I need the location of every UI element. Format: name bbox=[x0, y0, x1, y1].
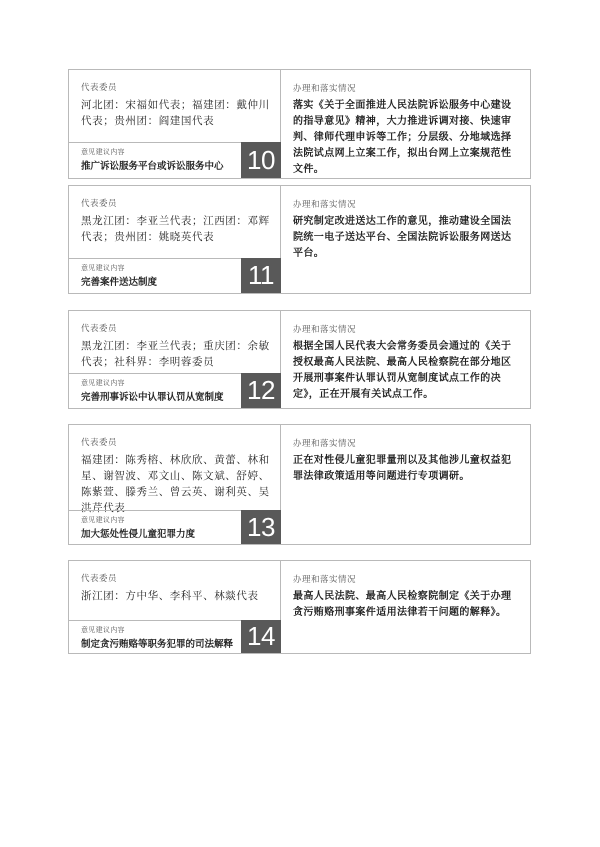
representatives-text: 黑龙江团：李亚兰代表；江西团：邓辉代表；贵州团：姚晓英代表 bbox=[81, 213, 270, 245]
suggestion-section: 意见建议内容 加大惩处性侵儿童犯罪力度 13 bbox=[69, 510, 280, 544]
representatives-label: 代表委员 bbox=[81, 81, 270, 93]
implementation-text: 研究制定改进送达工作的意见，推动建设全国法院统一电子送达平台、全国法院诉讼服务网… bbox=[293, 214, 520, 262]
item-number-badge: 14 bbox=[241, 620, 281, 653]
implementation-label: 办理和落实情况 bbox=[293, 82, 520, 94]
representatives-section: 代表委员 河北团：宋福如代表；福建团：戴仲川代表；贵州团：阎建国代表 bbox=[69, 70, 280, 129]
implementation-text: 根据全国人民代表大会常务委员会通过的《关于授权最高人民法院、最高人民检察院在部分… bbox=[293, 339, 520, 403]
left-panel: 代表委员 福建团：陈秀榕、林欣欣、黄蕾、林和星、谢智波、邓文山、陈文斌、舒婷、陈… bbox=[69, 425, 281, 544]
suggestion-section: 意见建议内容 制定贪污贿赂等职务犯罪的司法解释 14 bbox=[69, 620, 280, 653]
item-number-badge: 12 bbox=[241, 373, 281, 408]
representatives-text: 福建团：陈秀榕、林欣欣、黄蕾、林和星、谢智波、邓文山、陈文斌、舒婷、陈紫萱、滕秀… bbox=[81, 452, 270, 516]
proposal-card-12: 代表委员 黑龙江团：李亚兰代表；重庆团：余敏代表；社科界：李明蓉委员 意见建议内… bbox=[68, 310, 531, 409]
item-number-badge: 10 bbox=[241, 142, 281, 178]
implementation-section: 办理和落实情况 最高人民法院、最高人民检察院制定《关于办理贪污贿赂刑事案件适用法… bbox=[281, 561, 530, 653]
implementation-text: 落实《关于全面推进人民法院诉讼服务中心建设的指导意见》精神，大力推进诉调对接、快… bbox=[293, 98, 520, 178]
implementation-text: 最高人民法院、最高人民检察院制定《关于办理贪污贿赂刑事案件适用法律若干问题的解释… bbox=[293, 589, 520, 621]
representatives-label: 代表委员 bbox=[81, 572, 270, 584]
implementation-section: 办理和落实情况 研究制定改进送达工作的意见，推动建设全国法院统一电子送达平台、全… bbox=[281, 186, 530, 293]
representatives-section: 代表委员 浙江团：方中华、李科平、林燚代表 bbox=[69, 561, 280, 604]
left-panel: 代表委员 黑龙江团：李亚兰代表；重庆团：余敏代表；社科界：李明蓉委员 意见建议内… bbox=[69, 311, 281, 408]
representatives-label: 代表委员 bbox=[81, 197, 270, 209]
implementation-label: 办理和落实情况 bbox=[293, 323, 520, 335]
representatives-text: 黑龙江团：李亚兰代表；重庆团：余敏代表；社科界：李明蓉委员 bbox=[81, 338, 270, 370]
representatives-section: 代表委员 黑龙江团：李亚兰代表；江西团：邓辉代表；贵州团：姚晓英代表 bbox=[69, 186, 280, 245]
suggestion-section: 意见建议内容 完善案件送达制度 11 bbox=[69, 258, 280, 293]
proposal-card-11: 代表委员 黑龙江团：李亚兰代表；江西团：邓辉代表；贵州团：姚晓英代表 意见建议内… bbox=[68, 185, 531, 294]
item-number-badge: 13 bbox=[241, 510, 281, 544]
implementation-label: 办理和落实情况 bbox=[293, 198, 520, 210]
proposal-card-10: 代表委员 河北团：宋福如代表；福建团：戴仲川代表；贵州团：阎建国代表 意见建议内… bbox=[68, 69, 531, 179]
representatives-label: 代表委员 bbox=[81, 436, 270, 448]
representatives-text: 浙江团：方中华、李科平、林燚代表 bbox=[81, 588, 270, 604]
suggestion-section: 意见建议内容 完善刑事诉讼中认罪认罚从宽制度 12 bbox=[69, 373, 280, 408]
implementation-text: 正在对性侵儿童犯罪量刑以及其他涉儿童权益犯罪法律政策适用等问题进行专项调研。 bbox=[293, 453, 520, 485]
implementation-section: 办理和落实情况 落实《关于全面推进人民法院诉讼服务中心建设的指导意见》精神，大力… bbox=[281, 70, 530, 178]
left-panel: 代表委员 浙江团：方中华、李科平、林燚代表 意见建议内容 制定贪污贿赂等职务犯罪… bbox=[69, 561, 281, 653]
left-panel: 代表委员 河北团：宋福如代表；福建团：戴仲川代表；贵州团：阎建国代表 意见建议内… bbox=[69, 70, 281, 178]
representatives-section: 代表委员 黑龙江团：李亚兰代表；重庆团：余敏代表；社科界：李明蓉委员 bbox=[69, 311, 280, 370]
implementation-label: 办理和落实情况 bbox=[293, 573, 520, 585]
proposal-card-14: 代表委员 浙江团：方中华、李科平、林燚代表 意见建议内容 制定贪污贿赂等职务犯罪… bbox=[68, 560, 531, 654]
representatives-text: 河北团：宋福如代表；福建团：戴仲川代表；贵州团：阎建国代表 bbox=[81, 97, 270, 129]
representatives-section: 代表委员 福建团：陈秀榕、林欣欣、黄蕾、林和星、谢智波、邓文山、陈文斌、舒婷、陈… bbox=[69, 425, 280, 516]
suggestion-section: 意见建议内容 推广诉讼服务平台或诉讼服务中心 10 bbox=[69, 142, 280, 178]
implementation-label: 办理和落实情况 bbox=[293, 437, 520, 449]
item-number-badge: 11 bbox=[241, 258, 281, 293]
left-panel: 代表委员 黑龙江团：李亚兰代表；江西团：邓辉代表；贵州团：姚晓英代表 意见建议内… bbox=[69, 186, 281, 293]
implementation-section: 办理和落实情况 根据全国人民代表大会常务委员会通过的《关于授权最高人民法院、最高… bbox=[281, 311, 530, 408]
representatives-label: 代表委员 bbox=[81, 322, 270, 334]
implementation-section: 办理和落实情况 正在对性侵儿童犯罪量刑以及其他涉儿童权益犯罪法律政策适用等问题进… bbox=[281, 425, 530, 544]
proposal-card-13: 代表委员 福建团：陈秀榕、林欣欣、黄蕾、林和星、谢智波、邓文山、陈文斌、舒婷、陈… bbox=[68, 424, 531, 545]
